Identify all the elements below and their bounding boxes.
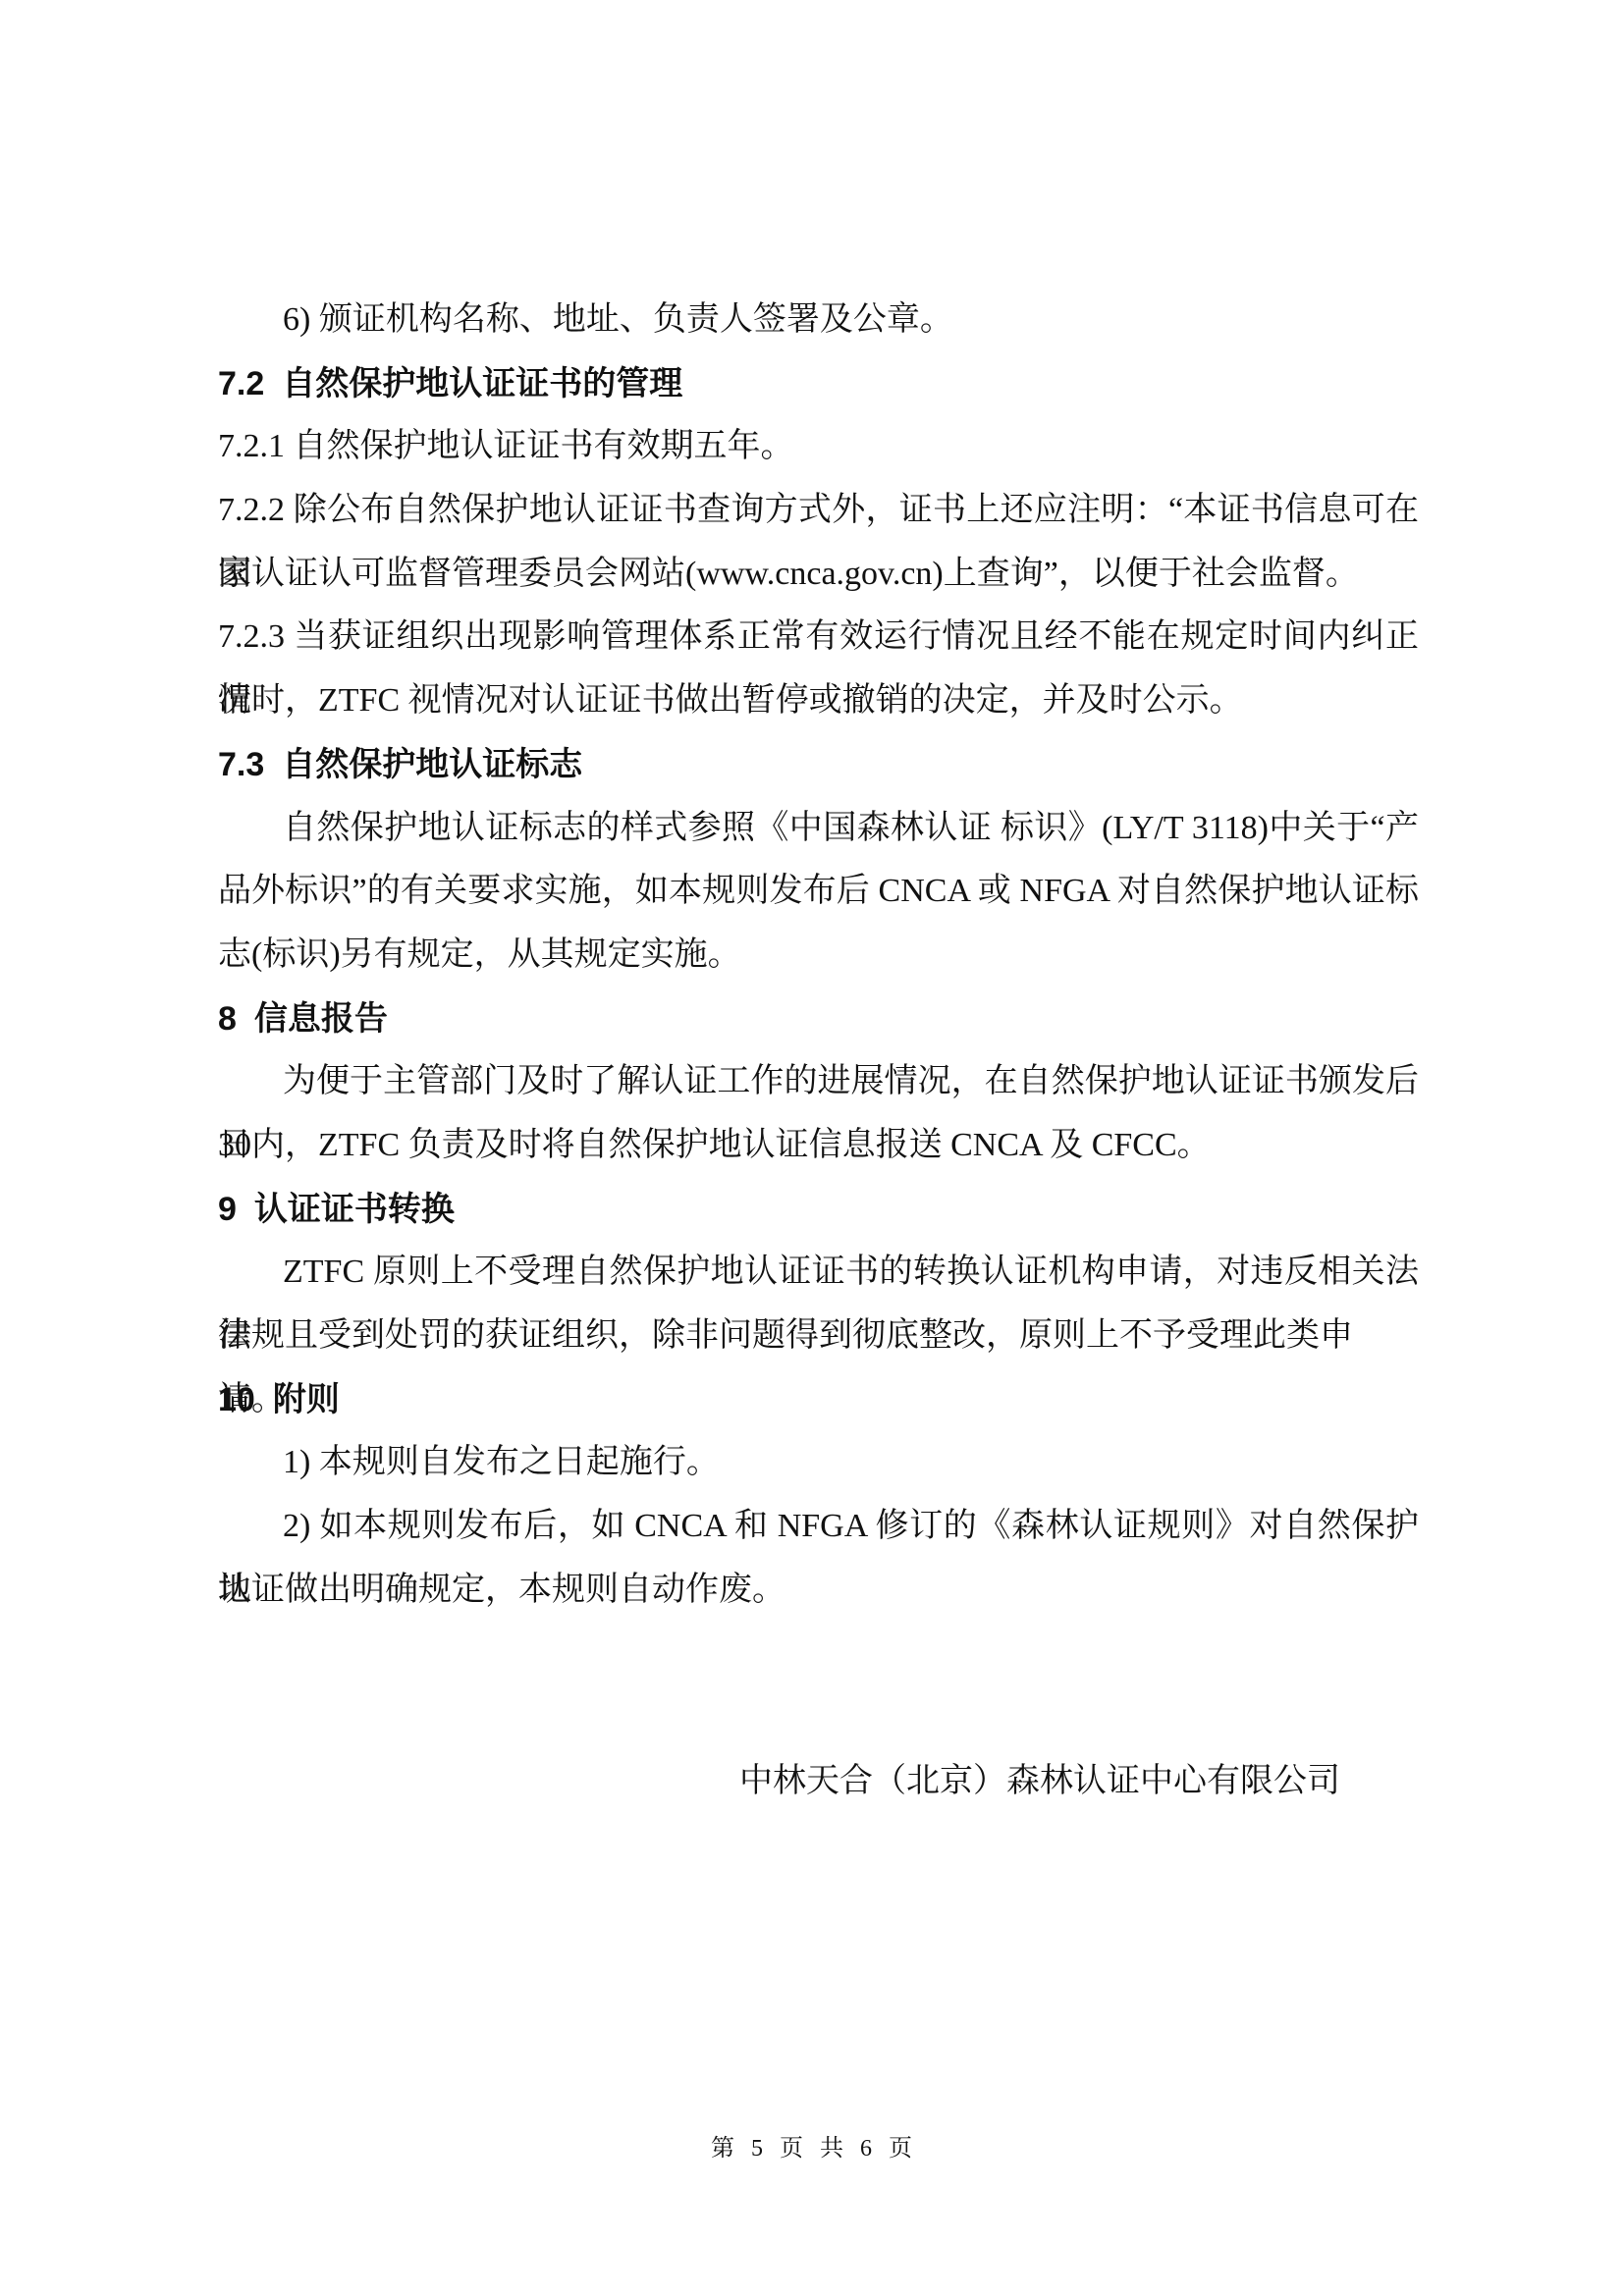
section-title: 信息报告 xyxy=(254,1000,388,1038)
section-number: 7.2 xyxy=(218,365,264,402)
section-number: 8 xyxy=(218,1000,237,1038)
document-line: 自然保护地认证标志的样式参照《中国森林认证 标识》(LY/T 3118)中关于“… xyxy=(218,797,1419,861)
section-heading: 7.2自然保护地认证证书的管理 xyxy=(218,352,1419,416)
document-line: 认证做出明确规定，本规则自动作废。 xyxy=(218,1559,1419,1623)
document-line: 日内，ZTFC 负责及时将自然保护地认证信息报送 CNCA 及 CFCC。 xyxy=(218,1114,1419,1178)
section-heading: 9认证证书转换 xyxy=(218,1178,1419,1242)
section-heading: 8信息报告 xyxy=(218,988,1419,1051)
section-title: 认证证书转换 xyxy=(254,1191,455,1228)
section-number: 7.3 xyxy=(218,746,264,783)
document-line: 志(标识)另有规定，从其规定实施。 xyxy=(218,924,1419,988)
section-number: 9 xyxy=(218,1191,237,1228)
document-line: 1) 本规则自发布之日起施行。 xyxy=(218,1431,1419,1495)
section-title: 自然保护地认证证书的管理 xyxy=(282,365,682,402)
document-line: 为便于主管部门及时了解认证工作的进展情况，在自然保护地认证证书颁发后 30 xyxy=(218,1050,1419,1114)
document-line: 家认证认可监督管理委员会网站(www.cnca.gov.cn)上查询”，以便于社… xyxy=(218,543,1419,607)
section-title: 附则 xyxy=(273,1381,340,1418)
section-heading: 7.3自然保护地认证标志 xyxy=(218,733,1419,797)
document-line: 7.2.2 除公布自然保护地认证证书查询方式外，证书上还应注明：“本证书信息可在… xyxy=(218,479,1419,543)
document-line: 品外标识”的有关要求实施，如本规则发布后 CNCA 或 NFGA 对自然保护地认… xyxy=(218,860,1419,924)
document-line: 7.2.3 当获证组织出现影响管理体系正常有效运行情况且经不能在规定时间内纠正情 xyxy=(218,606,1419,669)
document-line: ZTFC 原则上不受理自然保护地认证证书的转换认证机构申请，对违反相关法律 xyxy=(218,1241,1419,1305)
company-signature: 中林天合（北京）森林认证中心有限公司 xyxy=(739,1757,1340,1806)
document-line: 6) 颁证机构名称、地址、负责人签署及公章。 xyxy=(218,289,1419,352)
section-number: 10 xyxy=(218,1381,255,1418)
document-body: 6) 颁证机构名称、地址、负责人签署及公章。7.2自然保护地认证证书的管理7.2… xyxy=(218,289,1419,1622)
document-line: 况时，ZTFC 视情况对认证证书做出暂停或撤销的决定，并及时公示。 xyxy=(218,669,1419,733)
section-title: 自然保护地认证标志 xyxy=(282,746,582,783)
document-line: 2) 如本规则发布后，如 CNCA 和 NFGA 修订的《森林认证规则》对自然保… xyxy=(218,1495,1419,1559)
document-line: 法规且受到处罚的获证组织，除非问题得到彻底整改，原则上不予受理此类申请。 xyxy=(218,1305,1419,1368)
page-number-footer: 第 5 页 共 6 页 xyxy=(0,2128,1624,2163)
document-page: 6) 颁证机构名称、地址、负责人签署及公章。7.2自然保护地认证证书的管理7.2… xyxy=(0,0,1624,2296)
section-heading: 10附则 xyxy=(218,1368,1419,1432)
document-line: 7.2.1 自然保护地认证证书有效期五年。 xyxy=(218,415,1419,479)
